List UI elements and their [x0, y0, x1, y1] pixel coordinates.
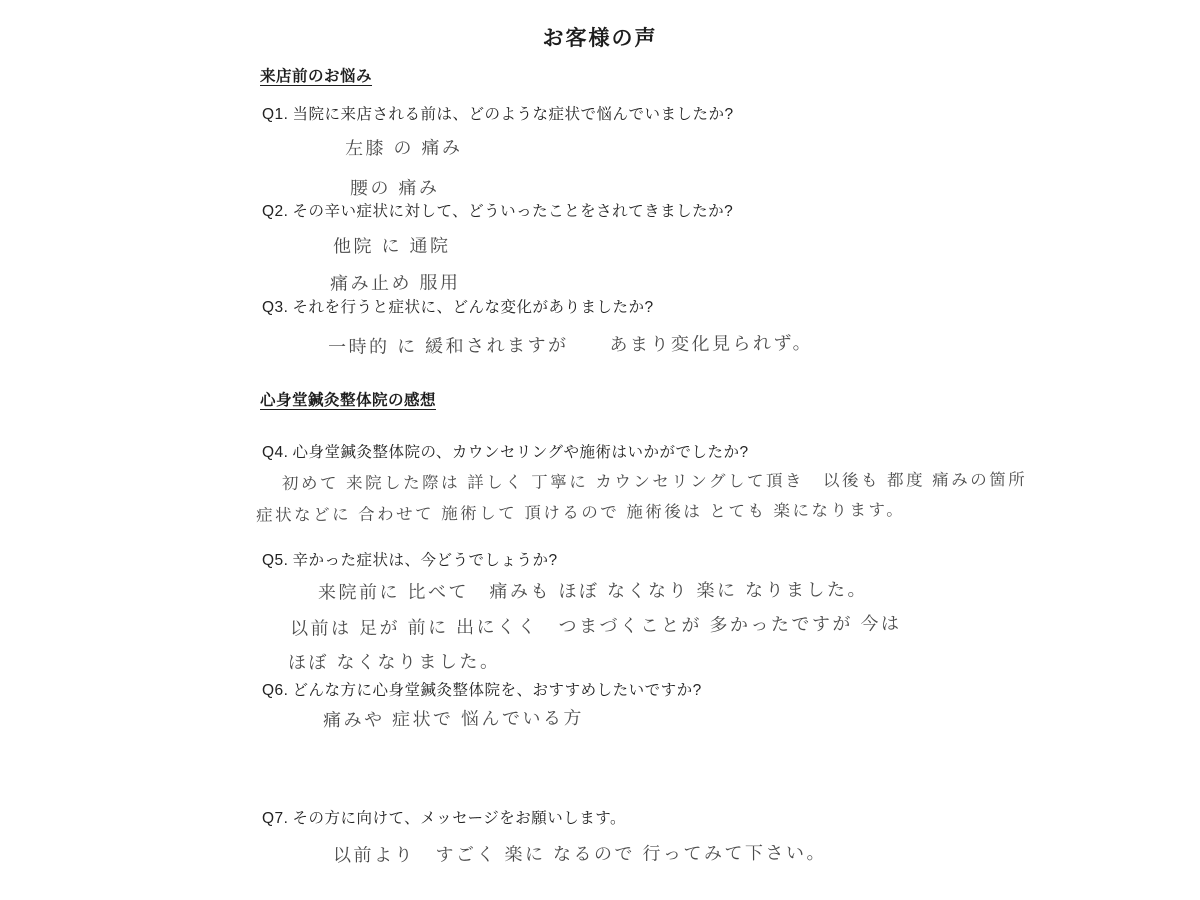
question-q1: Q1.当院に来店される前は、どのような症状で悩んでいましたか? — [262, 102, 734, 124]
question-label: Q6. — [262, 682, 288, 699]
section-heading-before-visit: 来店前のお悩み — [260, 64, 372, 86]
handwritten-answer-q4-line2: 症状などに 合わせて 施術して 頂けるので 施術後は とても 楽になります。 — [256, 496, 905, 526]
question-text: 心身堂鍼灸整体院の、カウンセリングや施術はいかがでしたか? — [292, 444, 748, 461]
question-q5: Q5.辛かった症状は、今どうでしょうか? — [262, 548, 558, 570]
question-label: Q7. — [262, 810, 288, 827]
handwritten-answer-q2-line1: 他院 に 通院 — [333, 232, 451, 259]
question-text: 辛かった症状は、今どうでしょうか? — [292, 552, 557, 569]
question-text: その方に向けて、メッセージをお願いします。 — [292, 810, 626, 827]
page-title: お客様の声 — [0, 22, 1200, 52]
question-label: Q5. — [262, 552, 288, 569]
question-q6: Q6.どんな方に心身堂鍼灸整体院を、おすすめしたいですか? — [262, 678, 702, 700]
question-q4: Q4.心身堂鍼灸整体院の、カウンセリングや施術はいかがでしたか? — [262, 440, 749, 462]
handwritten-answer-q6-line1: 痛みや 症状で 悩んでいる方 — [323, 704, 584, 732]
handwritten-answer-q1-line1: 左膝 の 痛み — [345, 133, 463, 160]
question-q3: Q3.それを行うと症状に、どんな変化がありましたか? — [262, 295, 654, 317]
handwritten-answer-q1-line2: 腰の 痛み — [350, 174, 440, 200]
question-text: 当院に来店される前は、どのような症状で悩んでいましたか? — [292, 106, 733, 123]
handwritten-answer-q4-line1: 初めて 来院した際は 詳しく 丁寧に カウンセリングして頂き 以後も 都度 痛み… — [282, 466, 1027, 494]
question-label: Q1. — [262, 106, 288, 123]
question-text: どんな方に心身堂鍼灸整体院を、おすすめしたいですか? — [292, 682, 701, 699]
handwritten-answer-q5-line3: ほぼ なくなりました。 — [288, 647, 501, 674]
handwritten-answer-q7-line1: 以前より すごく 楽に なるので 行ってみて下さい。 — [333, 839, 827, 868]
question-text: それを行うと症状に、どんな変化がありましたか? — [292, 299, 653, 316]
document-page: お客様の声 来店前のお悩み Q1.当院に来店される前は、どのような症状で悩んでい… — [0, 0, 1200, 900]
section-heading-clinic-impressions: 心身堂鍼灸整体院の感想 — [260, 388, 436, 410]
handwritten-answer-q2-line2: 痛み止め 服用 — [330, 268, 461, 295]
handwritten-answer-q5-line2: 以前は 足が 前に 出にくく つまづくことが 多かったですが 今は — [290, 609, 902, 640]
question-text: その辛い症状に対して、どういったことをされてきましたか? — [292, 203, 733, 220]
question-label: Q4. — [262, 444, 288, 461]
handwritten-answer-q5-line1: 来院前に 比べて 痛みも ほぼ なくなり 楽に なりました。 — [318, 576, 868, 605]
question-label: Q3. — [262, 299, 288, 316]
question-label: Q2. — [262, 203, 288, 220]
handwritten-answer-q3-line1: 一時的 に 緩和されますが あまり変化見られず。 — [328, 329, 813, 359]
question-q2: Q2.その辛い症状に対して、どういったことをされてきましたか? — [262, 199, 733, 221]
question-q7: Q7.その方に向けて、メッセージをお願いします。 — [262, 806, 626, 828]
